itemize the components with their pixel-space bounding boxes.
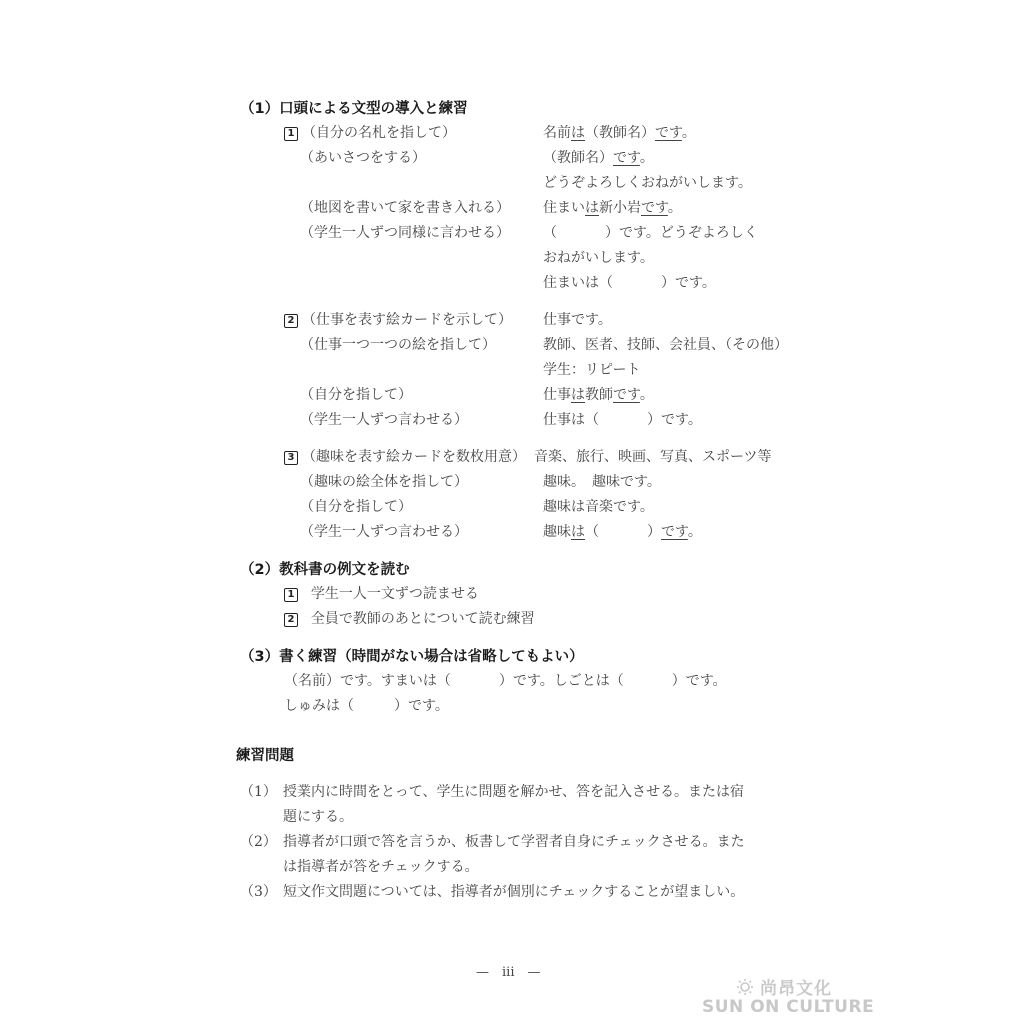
step-1-row-7-right: 住まいは（）です。	[543, 272, 716, 292]
step-1-row-6-right: おねがいします。	[543, 247, 654, 267]
step-1-row-2-left: （あいさつをする）	[300, 147, 426, 167]
step-1-row-4-right: 住まいは新小岩です。	[543, 197, 682, 217]
publisher-logo: 尚昂文化 SUN ON CULTURE	[728, 974, 874, 1017]
step-2-row-2-right: 教師、医者、技師、会社員、（その他）	[543, 334, 788, 354]
step-2-row-4-left: （自分を指して）	[300, 384, 412, 404]
step-1-row-1-left: 1（自分の名札を指して）	[284, 122, 456, 142]
number-box-1-icon: 1	[284, 588, 298, 602]
exercise-3-line-1: 短文作文問題については、指導者が個別にチェックすることが望ましい。	[283, 881, 744, 901]
step-1-row-5-left: （学生一人ずつ同様に言わせる）	[300, 222, 510, 242]
section-2-heading: （2）教科書の例文を読む	[240, 558, 410, 579]
step-3-row-2-left: （趣味の絵全体を指して）	[300, 471, 468, 491]
step-3-row-1-right: 音楽、旅行、映画、写真、スポーツ等	[534, 446, 771, 466]
step-3-row-3-right: 趣味は音楽です。	[543, 496, 654, 516]
step-1-row-1-right: 名前は（教師名）です。	[543, 122, 696, 142]
step-3-row-2-right: 趣味。 趣味です。	[543, 471, 661, 491]
number-box-1-icon: 1	[284, 127, 298, 141]
step-3-row-4-right: 趣味は（）です。	[543, 521, 702, 541]
exercise-1-label: （1）	[240, 781, 277, 801]
exercise-1-line-1: 授業内に時間をとって、学生に問題を解かせ、答を記入させる。または宿	[283, 781, 744, 801]
section-3-line-1: （名前）です。すまいは（）です。しごとは（）です。	[284, 670, 727, 690]
exercises-heading: 練習問題	[236, 744, 294, 765]
step-2-row-3-right: 学生：リピート	[543, 359, 640, 379]
step-2-row-1-left: 2（仕事を表す絵カードを示して）	[284, 309, 512, 329]
step-3-row-4-left: （学生一人ずつ言わせる）	[300, 521, 468, 541]
step-1-row-3-right: どうぞよろしくおねがいします。	[543, 172, 752, 192]
step-1-row-2-right: （教師名）です。	[543, 147, 654, 167]
step-3-row-1-left: 3（趣味を表す絵カードを数枚用意）	[284, 446, 526, 466]
exercise-2-line-2: は指導者が答をチェックする。	[283, 856, 479, 876]
section-3-line-2: しゅみは（）です。	[284, 695, 449, 715]
section-2-item-1: 1 学生一人一文ずつ読ませる	[284, 583, 479, 603]
publisher-name-cn: 尚昂文化	[760, 974, 832, 999]
exercise-2-label: （2）	[240, 831, 277, 851]
exercise-3-label: （3）	[240, 881, 277, 901]
step-1-row-4-left: （地図を書いて家を書き入れる）	[300, 197, 510, 217]
section-1-heading: （1）口頭による文型の導入と練習	[240, 97, 468, 118]
section-2-item-2: 2 全員で教師のあとについて読む練習	[284, 608, 535, 628]
number-box-3-icon: 3	[284, 451, 298, 465]
step-2-row-2-left: （仕事一つ一つの絵を指して）	[300, 334, 496, 354]
sun-logo-icon	[734, 978, 756, 996]
section-3-heading: （3）書く練習（時間がない場合は省略してもよい）	[240, 645, 584, 666]
step-2-row-4-right: 仕事は教師です。	[543, 384, 654, 404]
step-1-row-5-right: （）です。どうぞよろしく	[543, 222, 758, 242]
step-3-row-3-left: （自分を指して）	[300, 496, 412, 516]
page-number: — iii —	[476, 961, 540, 980]
step-2-row-5-left: （学生一人ずつ言わせる）	[300, 409, 468, 429]
number-box-2-icon: 2	[284, 314, 298, 328]
publisher-name-en: SUN ON CULTURE	[702, 997, 874, 1017]
exercise-2-line-1: 指導者が口頭で答を言うか、板書して学習者自身にチェックさせる。また	[283, 831, 745, 851]
number-box-2-icon: 2	[284, 613, 298, 627]
exercise-1-line-2: 題にする。	[283, 806, 353, 826]
step-2-row-5-right: 仕事は（）です。	[543, 409, 702, 429]
step-2-row-1-right: 仕事です。	[543, 309, 612, 329]
